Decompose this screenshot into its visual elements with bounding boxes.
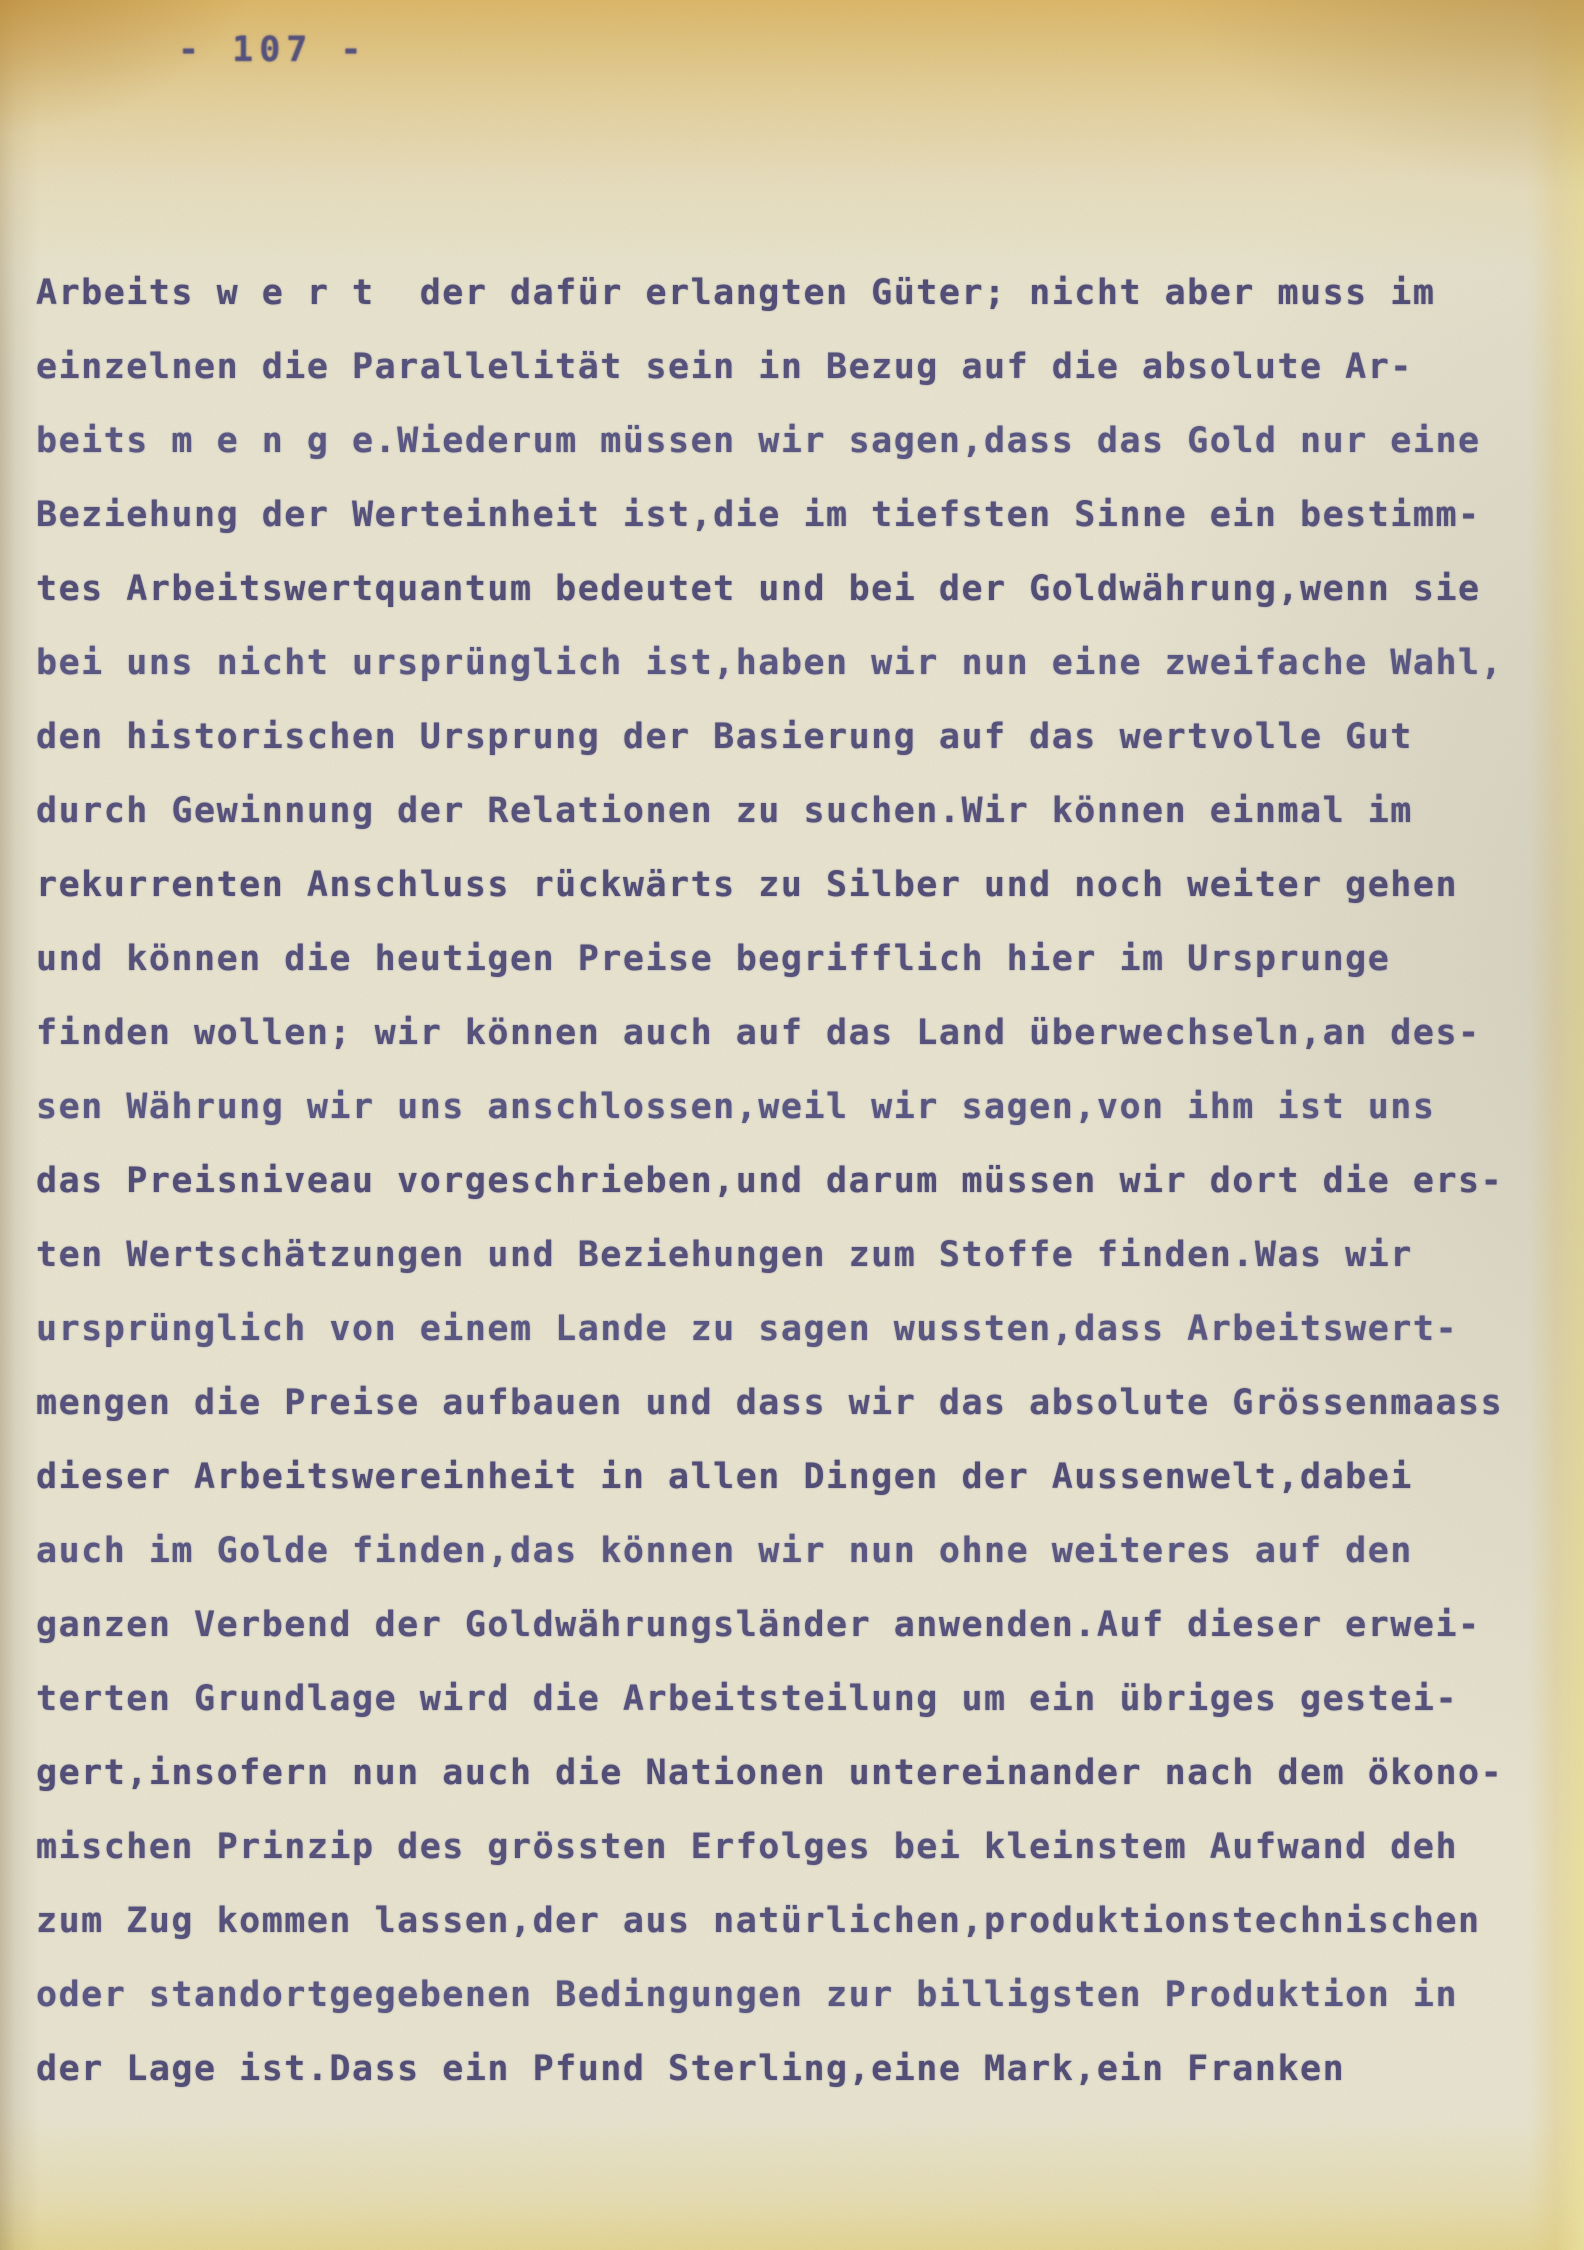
text-line: ganzen Verbend der Goldwährungsländer an…	[36, 1588, 1552, 1662]
text-line: zum Zug kommen lassen,der aus natürliche…	[36, 1884, 1552, 1958]
text-line: Arbeits w e r t der dafür erlangten Güte…	[36, 256, 1552, 330]
text-line: tes Arbeitswertquantum bedeutet und bei …	[36, 552, 1552, 626]
text-line: terten Grundlage wird die Arbeitsteilung…	[36, 1662, 1552, 1736]
text-line: ursprünglich von einem Lande zu sagen wu…	[36, 1292, 1552, 1366]
text-line: der Lage ist.Dass ein Pfund Sterling,ein…	[36, 2032, 1552, 2106]
text-line: sen Währung wir uns anschlossen,weil wir…	[36, 1070, 1552, 1144]
text-line: finden wollen; wir können auch auf das L…	[36, 996, 1552, 1070]
text-line: oder standortgegebenen Bedingungen zur b…	[36, 1958, 1552, 2032]
text-line: dieser Arbeitswereinheit in allen Dingen…	[36, 1440, 1552, 1514]
text-line: auch im Golde finden,das können wir nun …	[36, 1514, 1552, 1588]
text-line: bei uns nicht ursprünglich ist,haben wir…	[36, 626, 1552, 700]
text-line: durch Gewinnung der Relationen zu suchen…	[36, 774, 1552, 848]
text-line: gert,insofern nun auch die Nationen unte…	[36, 1736, 1552, 1810]
page-number: - 107 -	[178, 30, 368, 70]
text-line: Beziehung der Werteinheit ist,die im tie…	[36, 478, 1552, 552]
text-line: den historischen Ursprung der Basierung …	[36, 700, 1552, 774]
text-line: das Preisniveau vorgeschrieben,und darum…	[36, 1144, 1552, 1218]
text-line: und können die heutigen Preise begriffli…	[36, 922, 1552, 996]
text-line: beits m e n g e.Wiederum müssen wir sage…	[36, 404, 1552, 478]
text-line: einzelnen die Parallelität sein in Bezug…	[36, 330, 1552, 404]
text-line: mengen die Preise aufbauen und dass wir …	[36, 1366, 1552, 1440]
scanned-page: - 107 - Arbeits w e r t der dafür erlang…	[0, 0, 1584, 2250]
text-line: mischen Prinzip des grössten Erfolges be…	[36, 1810, 1552, 1884]
text-line: ten Wertschätzungen und Beziehungen zum …	[36, 1218, 1552, 1292]
text-block: Arbeits w e r t der dafür erlangten Güte…	[36, 256, 1552, 2106]
text-line: rekurrenten Anschluss rückwärts zu Silbe…	[36, 848, 1552, 922]
